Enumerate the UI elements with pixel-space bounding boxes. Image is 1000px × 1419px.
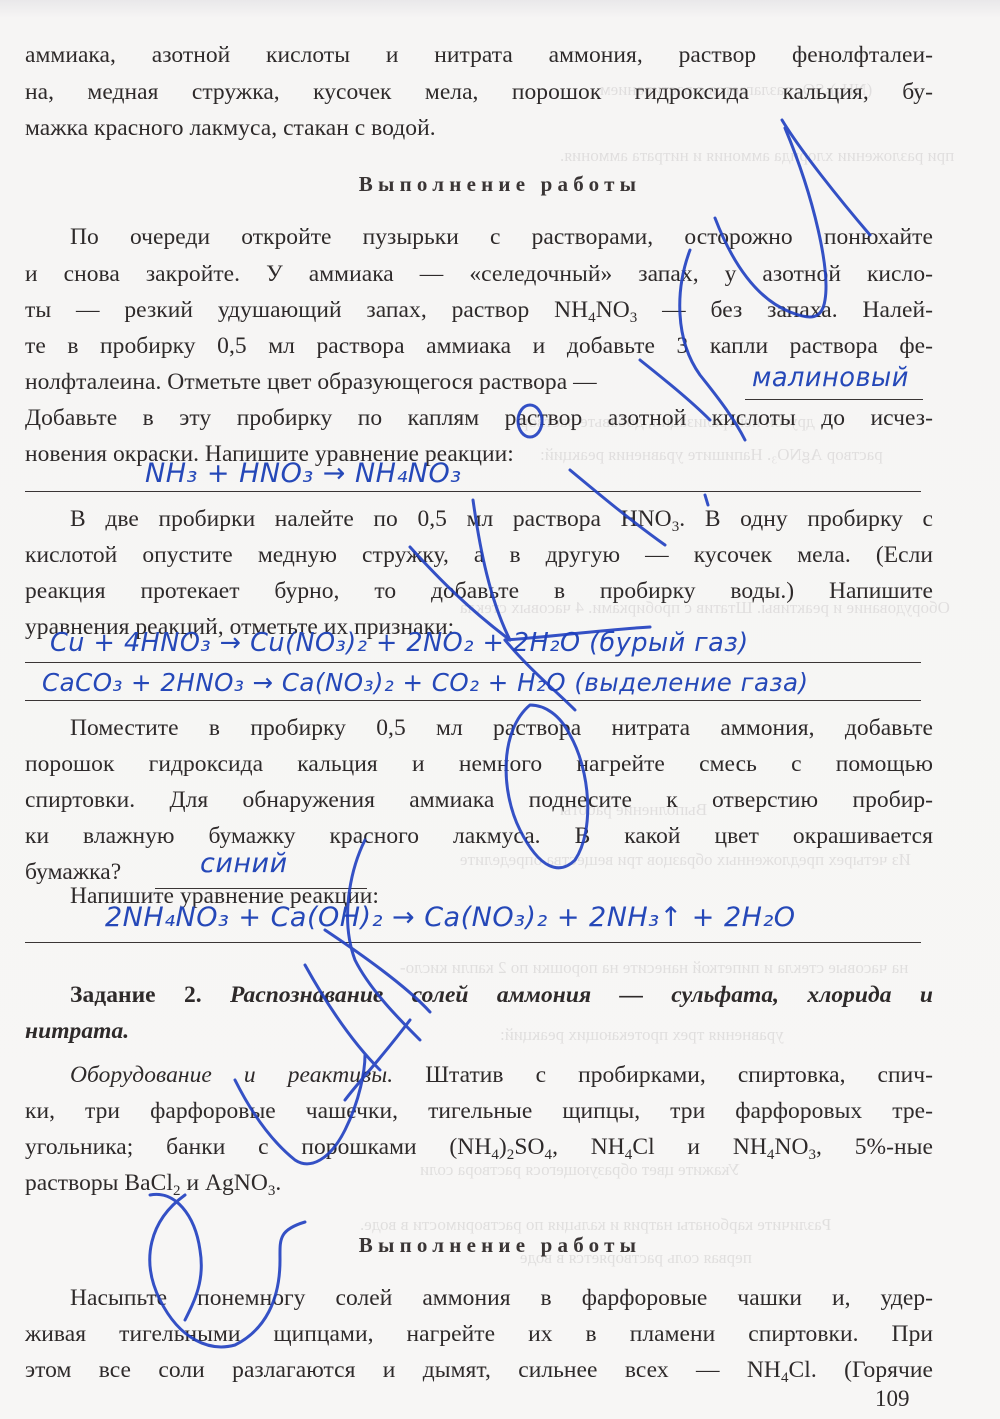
- bleed-through-text: раствор AgNO₃. Напишите уравнения реакци…: [540, 445, 883, 465]
- handwritten-equation-1: NH₃ + HNO₃ → NH₄NO₃: [145, 458, 462, 489]
- answer-line: [25, 491, 921, 492]
- equipment-line: угольника; банки с порошками (NH4)2SO4, …: [25, 1130, 933, 1164]
- text-span: Cl. (Горячие: [789, 1357, 933, 1383]
- paragraph-line: Насыпьте понемногу солей аммония в фарфо…: [70, 1281, 933, 1315]
- paragraph-line: живая тигельными щипцами, нагрейте их в …: [25, 1317, 933, 1351]
- paragraph-line: реакция протекает бурно, то добавьте в п…: [25, 574, 933, 608]
- page-number: 109: [875, 1386, 910, 1412]
- paragraph-line: и снова закройте. У аммиака — «селедочны…: [25, 257, 933, 291]
- section-heading: Выполнение работы: [0, 172, 1000, 197]
- paragraph-line: этом все соли разлагаются и дымят, сильн…: [25, 1353, 933, 1387]
- paragraph-line: нолфталеина. Отметьте цвет образующегося…: [25, 365, 597, 399]
- paragraph-line: ты — резкий удушающий запах, раствор NH4…: [25, 293, 933, 327]
- paragraph-line: В две пробирки налейте по 0,5 мл раствор…: [70, 502, 933, 536]
- subscript: 2: [173, 1183, 181, 1199]
- paragraph-line: кислотой опустите медную стружку, а в др…: [25, 538, 933, 572]
- workbook-page: (NH₄)₂SO₄ разлагается с растиранием при …: [0, 0, 1000, 1419]
- handwritten-answer-color: малиновый: [752, 362, 909, 393]
- bleed-through-text: на часовые стекла и пипеткой нанесите на…: [400, 958, 908, 978]
- pen-scribble-icon: [0, 0, 1000, 1419]
- task-label: Задание 2.: [70, 982, 202, 1008]
- paragraph-line: спиртовки. Для обнаружения аммиака подне…: [25, 783, 933, 817]
- subscript: 3: [808, 1147, 816, 1163]
- intro-line: аммиака, азотной кислоты и нитрата аммон…: [25, 38, 933, 72]
- text-span: растворы BaCl: [25, 1170, 173, 1196]
- section-heading: Выполнение работы: [0, 1233, 1000, 1258]
- bleed-through-text: при разложении хлорида аммония и нитрата…: [560, 146, 954, 166]
- text-span: угольника; банки с порошками (NH: [25, 1134, 491, 1160]
- bleed-through-text: Из четырех предложенных образцов три вещ…: [460, 850, 911, 870]
- paragraph-line: По очереди откройте пузырьки с растворам…: [70, 220, 933, 254]
- task-title: Задание 2. Распознавание солей аммония —…: [70, 978, 933, 1012]
- text-span: SO: [514, 1134, 544, 1160]
- text-span: . В одну пробирку с: [679, 506, 933, 532]
- answer-line: [25, 700, 921, 701]
- text-span: ты — резкий удушающий запах, раствор NH: [25, 297, 588, 323]
- paragraph-line: Поместите в пробирку 0,5 мл раствора нит…: [70, 711, 933, 745]
- handwritten-equation-3: CaCO₃ + 2HNO₃ → Ca(NO₃)₂ + CO₂ + H₂O (вы…: [42, 668, 809, 697]
- handwritten-equation-4: 2NH₄NO₃ + Ca(OH)₂ → Ca(NO₃)₂ + 2NH₃↑ + 2…: [105, 902, 796, 933]
- intro-line: на, медная стружка, кусочек мела, порошо…: [25, 75, 933, 109]
- paragraph-line: Добавьте в эту пробирку по каплям раство…: [25, 401, 933, 435]
- equipment-line: ки, три фарфоровые чашечки, тигельные щи…: [25, 1094, 933, 1128]
- bleed-through-text: Различите карбонаты натрия и кальция по …: [360, 1215, 831, 1235]
- text-span: NO: [596, 297, 630, 323]
- paragraph-line: порошок гидроксида кальция и немного наг…: [25, 747, 933, 781]
- text-span: — без запаха. Налей-: [637, 297, 933, 323]
- task-title: нитрата.: [25, 1014, 129, 1048]
- text-span: NO: [774, 1134, 808, 1160]
- answer-line-color: [745, 399, 923, 400]
- subscript: 4: [491, 1147, 499, 1163]
- handwritten-answer-litmus: синий: [200, 848, 288, 879]
- equipment-line: Оборудование и реактивы. Штатив с пробир…: [70, 1058, 933, 1092]
- handwritten-equation-2: Cu + 4HNO₃ → Cu(NO₃)₂ + 2NO₂ + 2H₂O (бур…: [50, 628, 749, 658]
- answer-line: [25, 662, 921, 663]
- text-span: ): [499, 1134, 507, 1160]
- bleed-through-text: уравнения трех протекающих реакций:: [500, 1025, 784, 1045]
- text-span: Cl и NH: [632, 1134, 767, 1160]
- paragraph-line: те в пробирку 0,5 мл раствора аммиака и …: [25, 329, 933, 363]
- subscript: 4: [588, 310, 596, 326]
- intro-line: мажка красного лакмуса, стакан с водой.: [25, 111, 933, 145]
- text-span: этом все соли разлагаются и дымят, сильн…: [25, 1357, 781, 1383]
- subscript: 4: [545, 1147, 553, 1163]
- equipment-label: Оборудование и реактивы.: [70, 1062, 393, 1088]
- text-span: .: [275, 1170, 281, 1196]
- paragraph-line: ки влажную бумажку красного лакмуса. В к…: [25, 819, 933, 853]
- equipment-line: растворы BaCl2 и AgNO3.: [25, 1166, 281, 1200]
- text-span: , 5%-ные: [816, 1134, 933, 1160]
- subscript: 4: [781, 1370, 789, 1386]
- text-span: , NH: [552, 1134, 625, 1160]
- text-span: В две пробирки налейте по 0,5 мл раствор…: [70, 506, 672, 532]
- task-title-text: Распознавание солей аммония — сульфата, …: [230, 982, 933, 1008]
- text-span: Штатив с пробирками, спиртовка, спич-: [425, 1062, 933, 1088]
- answer-line: [25, 942, 921, 943]
- text-span: и AgNO: [181, 1170, 268, 1196]
